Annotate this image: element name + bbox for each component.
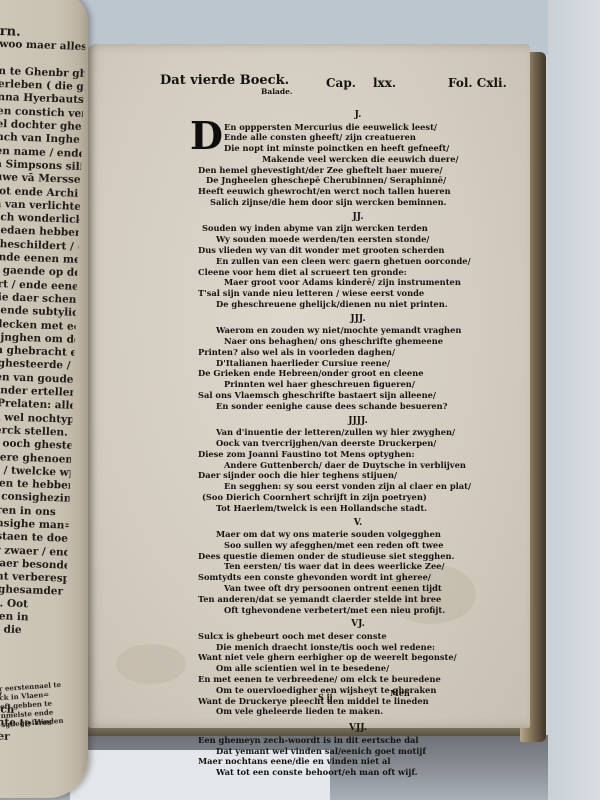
verse-line: Diese zom Joanni Faustino tot Mens optyg… — [198, 449, 518, 460]
verse-line: En opppersten Mercurius die eeuwelick le… — [198, 122, 518, 133]
verse-line: Prinnten wel haer gheschreuen figueren/ — [198, 379, 518, 390]
verse-line: Die menich draecht ionste/tis ooch wel r… — [198, 642, 518, 653]
verse-line: Om vele gheleerde lieden te maken. — [198, 706, 518, 717]
verse-line: Heeft eeuwich ghewrocht/en werct noch ta… — [198, 186, 518, 197]
verse-line: Van d'inuentie der letteren/zullen wy hi… — [198, 427, 518, 438]
verse-line: Sal ons Vlaemsch gheschrifte bastaert si… — [198, 390, 518, 401]
stanza: VJJ. Een ghemeyn zech-woordt is in dit e… — [198, 723, 518, 778]
right-page: Dat vierde Boeck. Balade. Cap. lxx. Fol.… — [86, 44, 530, 728]
stanza: JJJJ. Van d'inuentie der letteren/zullen… — [198, 416, 518, 514]
verse-line: Wat tot een conste behoort/eh man oft wi… — [198, 767, 518, 778]
verse-line: Den hemel ghevestight/der Zee gheftelt h… — [198, 165, 518, 176]
stanza-number: VJ. — [198, 619, 518, 631]
left-page: rn. woo maer alles n te Ghenbr ghe erleb… — [0, 0, 88, 798]
catchword: Men — [390, 688, 410, 698]
section-subtitle: Balade. — [261, 87, 293, 96]
text-line: y — [0, 756, 60, 772]
verse-line: Dees questie diemen onder de studieuse s… — [198, 551, 518, 562]
verse-line: De Grieken ende Hebreen/onder groot en c… — [198, 368, 518, 379]
folio-number: Fol. Cxli. — [448, 76, 507, 90]
running-header: Dat vierde Boeck. Balade. Cap. lxx. Fol.… — [86, 73, 530, 97]
verse-line: Om alle scientien wel in te besedene/ — [198, 663, 518, 674]
poem-body: J. D En opppersten Mercurius die eeuweli… — [198, 110, 518, 778]
signature-mark: S ij — [318, 692, 333, 702]
left-page-footnote: r eerstennael te ck in Vlaen= eft gebben… — [0, 680, 64, 729]
verse-line: Daer sijnder ooch die hier teghens stiju… — [198, 470, 518, 481]
verse-line: Makende veel wercken die eeuwich duere/ — [198, 154, 518, 165]
verse-line: Cleene voor hem diet al scrueert ten gro… — [198, 267, 518, 278]
verse-line: Souden wy inden abyme van zijn wercken t… — [198, 223, 518, 234]
stanza: JJJ. Waerom en zouden wy niet/mochte yem… — [198, 314, 518, 412]
verse-line: Printen? also wel als in voorleden daghe… — [198, 347, 518, 358]
verse-line: Andere Guttenberch/ daer de Duytsche in … — [198, 460, 518, 471]
verse-line: Naer ons behaghen/ ons gheschrifte gheme… — [198, 336, 518, 347]
verse-line: En sonder eenighe cause dees schande bes… — [198, 401, 518, 412]
left-page-text: rn. woo maer alles n te Ghenbr ghe erleb… — [0, 25, 86, 772]
stanza-number: V. — [198, 518, 518, 530]
verse-line: Dat yemant wel vinden sal/eenich goet mo… — [198, 746, 518, 757]
verse-line: De Jngheelen gheschepē Cherubinnen/ Sera… — [198, 175, 518, 186]
verse-line: Somtydts een conste ghevonden wordt int … — [198, 572, 518, 583]
text-line: art/ die — [0, 623, 65, 639]
verse-line: D'Italianen haerlieder Cursiue reene/ — [198, 358, 518, 369]
chapter-label: Cap. — [326, 76, 356, 90]
stanza: J. D En opppersten Mercurius die eeuweli… — [198, 110, 518, 208]
verse-line: Die nopt int minste poinctken en heeft g… — [198, 143, 518, 154]
verse-line: Want niet vele ghern eerbigher op de wee… — [198, 652, 518, 663]
stanza: JJ. Souden wy inden abyme van zijn werck… — [198, 212, 518, 310]
verse-line: (Soo Dierich Coornhert schrijft in zijn … — [198, 492, 518, 503]
stanza: VJ. Sulcx is ghebeurt ooch met deser con… — [198, 619, 518, 717]
verse-line: Ten anderen/dat se yemandt claerder stel… — [198, 594, 518, 605]
verse-line: Om te ouervloedigher een wijsheyt te ghe… — [198, 685, 518, 696]
verse-line: Want de Druckerye pleecht den middel te … — [198, 696, 518, 707]
verse-line: Maer om dat wy ons materie souden volgeg… — [198, 529, 518, 540]
verse-line: Ende alle consten gheeft/ zijn creatuere… — [198, 132, 518, 143]
book-title: Dat vierde Boeck. — [160, 73, 289, 88]
verse-line: Waerom en zouden wy niet/mochte yemandt … — [198, 325, 518, 336]
verse-line: En zullen van een cleen werc gaern ghetu… — [198, 256, 518, 267]
verse-line: Maer nochtans eene/die en vinden niet al — [198, 756, 518, 767]
stanza-number: VJJ. — [198, 723, 518, 735]
background-wall-right — [548, 0, 600, 800]
verse-line: En segghen: sy sou eerst vonden zijn al … — [198, 481, 518, 492]
verse-line: Wy souden moede werden/ten eersten stond… — [198, 234, 518, 245]
verse-line: Van twee oft dry persoonen ontrent eenen… — [198, 583, 518, 594]
verse-line: Oft tghevondene verbetert/met een nieu p… — [198, 605, 518, 616]
verse-line: De gheschreuene ghelijck/dienen nu niet … — [198, 299, 518, 310]
chapter-number: lxx. — [373, 76, 396, 90]
verse-line: En met eenen te verbreedene/ om elck te … — [198, 674, 518, 685]
verse-line: Soo sullen wy afegghen/met een reden oft… — [198, 540, 518, 551]
verse-line: T'sal sijn vande nieu letteren / wiese e… — [198, 288, 518, 299]
paper-stain — [116, 644, 186, 684]
left-catchword: Wes — [34, 717, 52, 727]
verse-line: Ten eersten/ tis waer dat in dees weerli… — [198, 561, 518, 572]
verse-line: Dus vlieden wy van dit wonder met groote… — [198, 245, 518, 256]
text-line: lieuer — [0, 729, 61, 745]
drop-cap: D — [190, 118, 223, 154]
verse-line: Een ghemeyn zech-woordt is in dit eertsc… — [198, 735, 518, 746]
stanza: V. Maer om dat wy ons materie souden vol… — [198, 518, 518, 616]
verse-line: Oock van tvercrijghen/van deerste Drucke… — [198, 438, 518, 449]
verse-line: Tot Haerlem/twelck is een Hollandsche st… — [198, 503, 518, 514]
verse-line: Maer groot voor Adams kinderē/ zijn inst… — [198, 277, 518, 288]
stanza-number: JJJ. — [198, 314, 518, 326]
verse-line: Sulcx is ghebeurt ooch met deser conste — [198, 631, 518, 642]
stanza-number: JJ. — [198, 212, 518, 224]
stanza-number: J. — [198, 110, 518, 122]
stanza-number: JJJJ. — [198, 416, 518, 428]
verse-line: Salich zijnse/die hem door sijn wercken … — [198, 197, 518, 208]
